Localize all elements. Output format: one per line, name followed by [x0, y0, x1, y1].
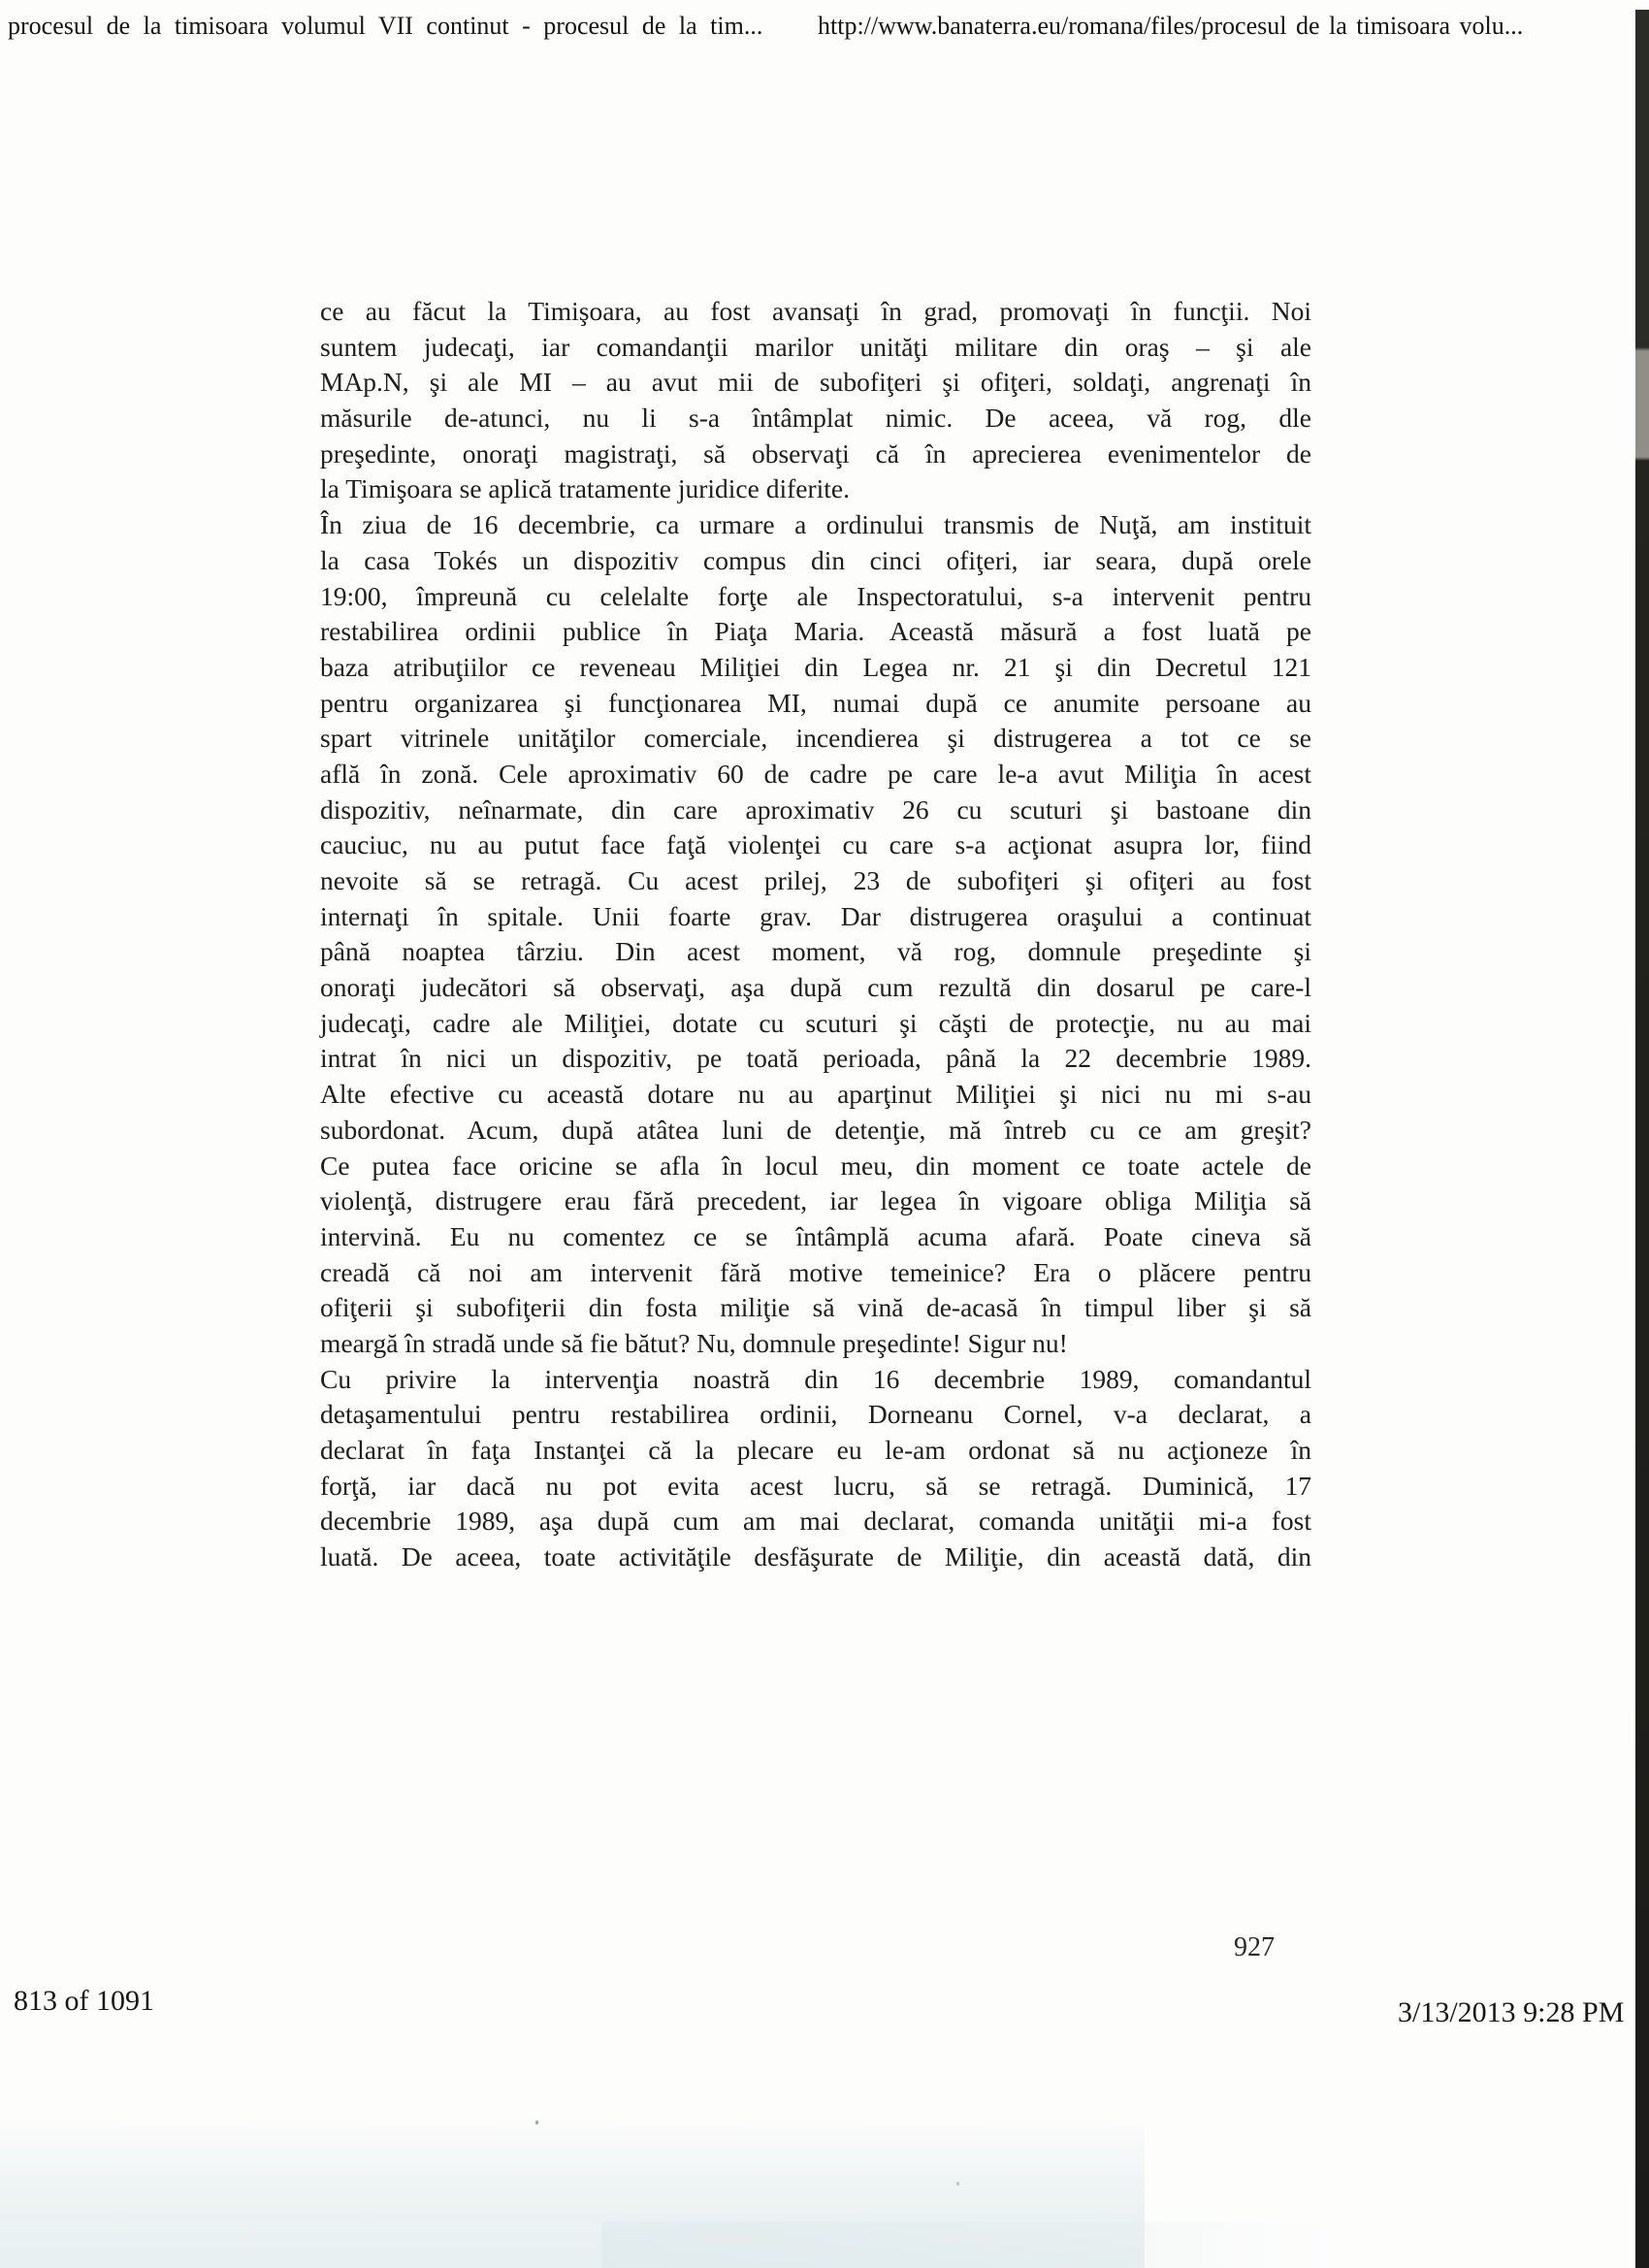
print-timestamp: 3/13/2013 9:28 PM	[1398, 1996, 1624, 2029]
text-line: baza atribuţiilor ce reveneau Miliţiei d…	[320, 650, 1311, 686]
text-line: În ziua de 16 decembrie, ca urmare a ord…	[320, 507, 1311, 543]
text-line: Ce putea face oricine se afla în locul m…	[320, 1149, 1311, 1184]
text-line: judecaţi, cadre ale Miliţiei, dotate cu …	[320, 1006, 1311, 1042]
text-line: până noaptea târziu. Din acest moment, v…	[320, 934, 1311, 970]
text-line: meargă în stradă unde să fie bătut? Nu, …	[320, 1326, 1311, 1362]
text-line: la casa Tokés un dispozitiv compus din c…	[320, 543, 1311, 579]
text-line: onoraţi judecători să observaţi, aşa dup…	[320, 970, 1311, 1006]
text-line: restabilirea ordinii publice în Piaţa Ma…	[320, 614, 1311, 650]
text-line: creadă că noi am intervenit fără motive …	[320, 1255, 1311, 1291]
text-line: Alte efective cu această dotare nu au ap…	[320, 1077, 1311, 1113]
text-line: nevoite să se retragă. Cu acest prilej, …	[320, 863, 1311, 899]
scanned-page: procesul de la timisoara volumul VII con…	[0, 0, 1649, 2268]
text-line: intervină. Eu nu comentez ce se întâmplă…	[320, 1219, 1311, 1255]
page-header-url: http://www.banaterra.eu/romana/files/pro…	[818, 12, 1523, 41]
text-line: forţă, iar dacă nu pot evita acest lucru…	[320, 1469, 1311, 1505]
text-line: măsurile de-atunci, nu li s-a întâmplat …	[320, 401, 1311, 437]
text-line: MAp.N, şi ale MI – au avut mii de subofi…	[320, 365, 1311, 401]
scan-artifact	[601, 2221, 1339, 2268]
text-line: ce au făcut la Timişoara, au fost avansa…	[320, 294, 1311, 330]
text-line: cauciuc, nu au putut face faţă violenţei…	[320, 827, 1311, 863]
text-line: subordonat. Acum, după atâtea luni de de…	[320, 1113, 1311, 1149]
scan-speck-artifact	[535, 2121, 538, 2124]
page-header-title: procesul de la timisoara volumul VII con…	[8, 12, 762, 41]
text-line: violenţă, distrugere erau fără precedent…	[320, 1183, 1311, 1219]
text-line: pentru organizarea şi funcţionarea MI, n…	[320, 686, 1311, 722]
page-count-indicator: 813 of 1091	[14, 1985, 154, 2018]
text-line: decembrie 1989, aşa după cum am mai decl…	[320, 1504, 1311, 1539]
text-line: la Timişoara se aplică tratamente juridi…	[320, 471, 1311, 507]
text-line: preşedinte, onoraţi magistraţi, să obser…	[320, 437, 1311, 472]
text-line: află în zonă. Cele aproximativ 60 de cad…	[320, 757, 1311, 793]
text-line: internaţi în spitale. Unii foarte grav. …	[320, 899, 1311, 935]
scan-edge-artifact	[1635, 10, 1649, 2268]
text-line: luată. De aceea, toate activităţile desf…	[320, 1539, 1311, 1575]
text-line: Cu privire la intervenţia noastră din 16…	[320, 1362, 1311, 1398]
scan-speck-artifact	[956, 2182, 959, 2186]
text-line: 19:00, împreună cu celelalte forţe ale I…	[320, 579, 1311, 615]
text-line: intrat în nici un dispozitiv, pe toată p…	[320, 1041, 1311, 1077]
text-line: declarat în faţa Instanţei că la plecare…	[320, 1433, 1311, 1469]
document-page-number: 927	[1234, 1932, 1275, 1963]
text-line: spart vitrinele unităţilor comerciale, i…	[320, 721, 1311, 757]
text-line: dispozitiv, neînarmate, din care aproxim…	[320, 793, 1311, 828]
text-line: ofiţerii şi subofiţerii din fosta miliţi…	[320, 1290, 1311, 1326]
text-line: detaşamentului pentru restabilirea ordin…	[320, 1397, 1311, 1433]
text-line: suntem judecaţi, iar comandanţii marilor…	[320, 330, 1311, 366]
document-body: ce au făcut la Timişoara, au fost avansa…	[320, 294, 1311, 1575]
